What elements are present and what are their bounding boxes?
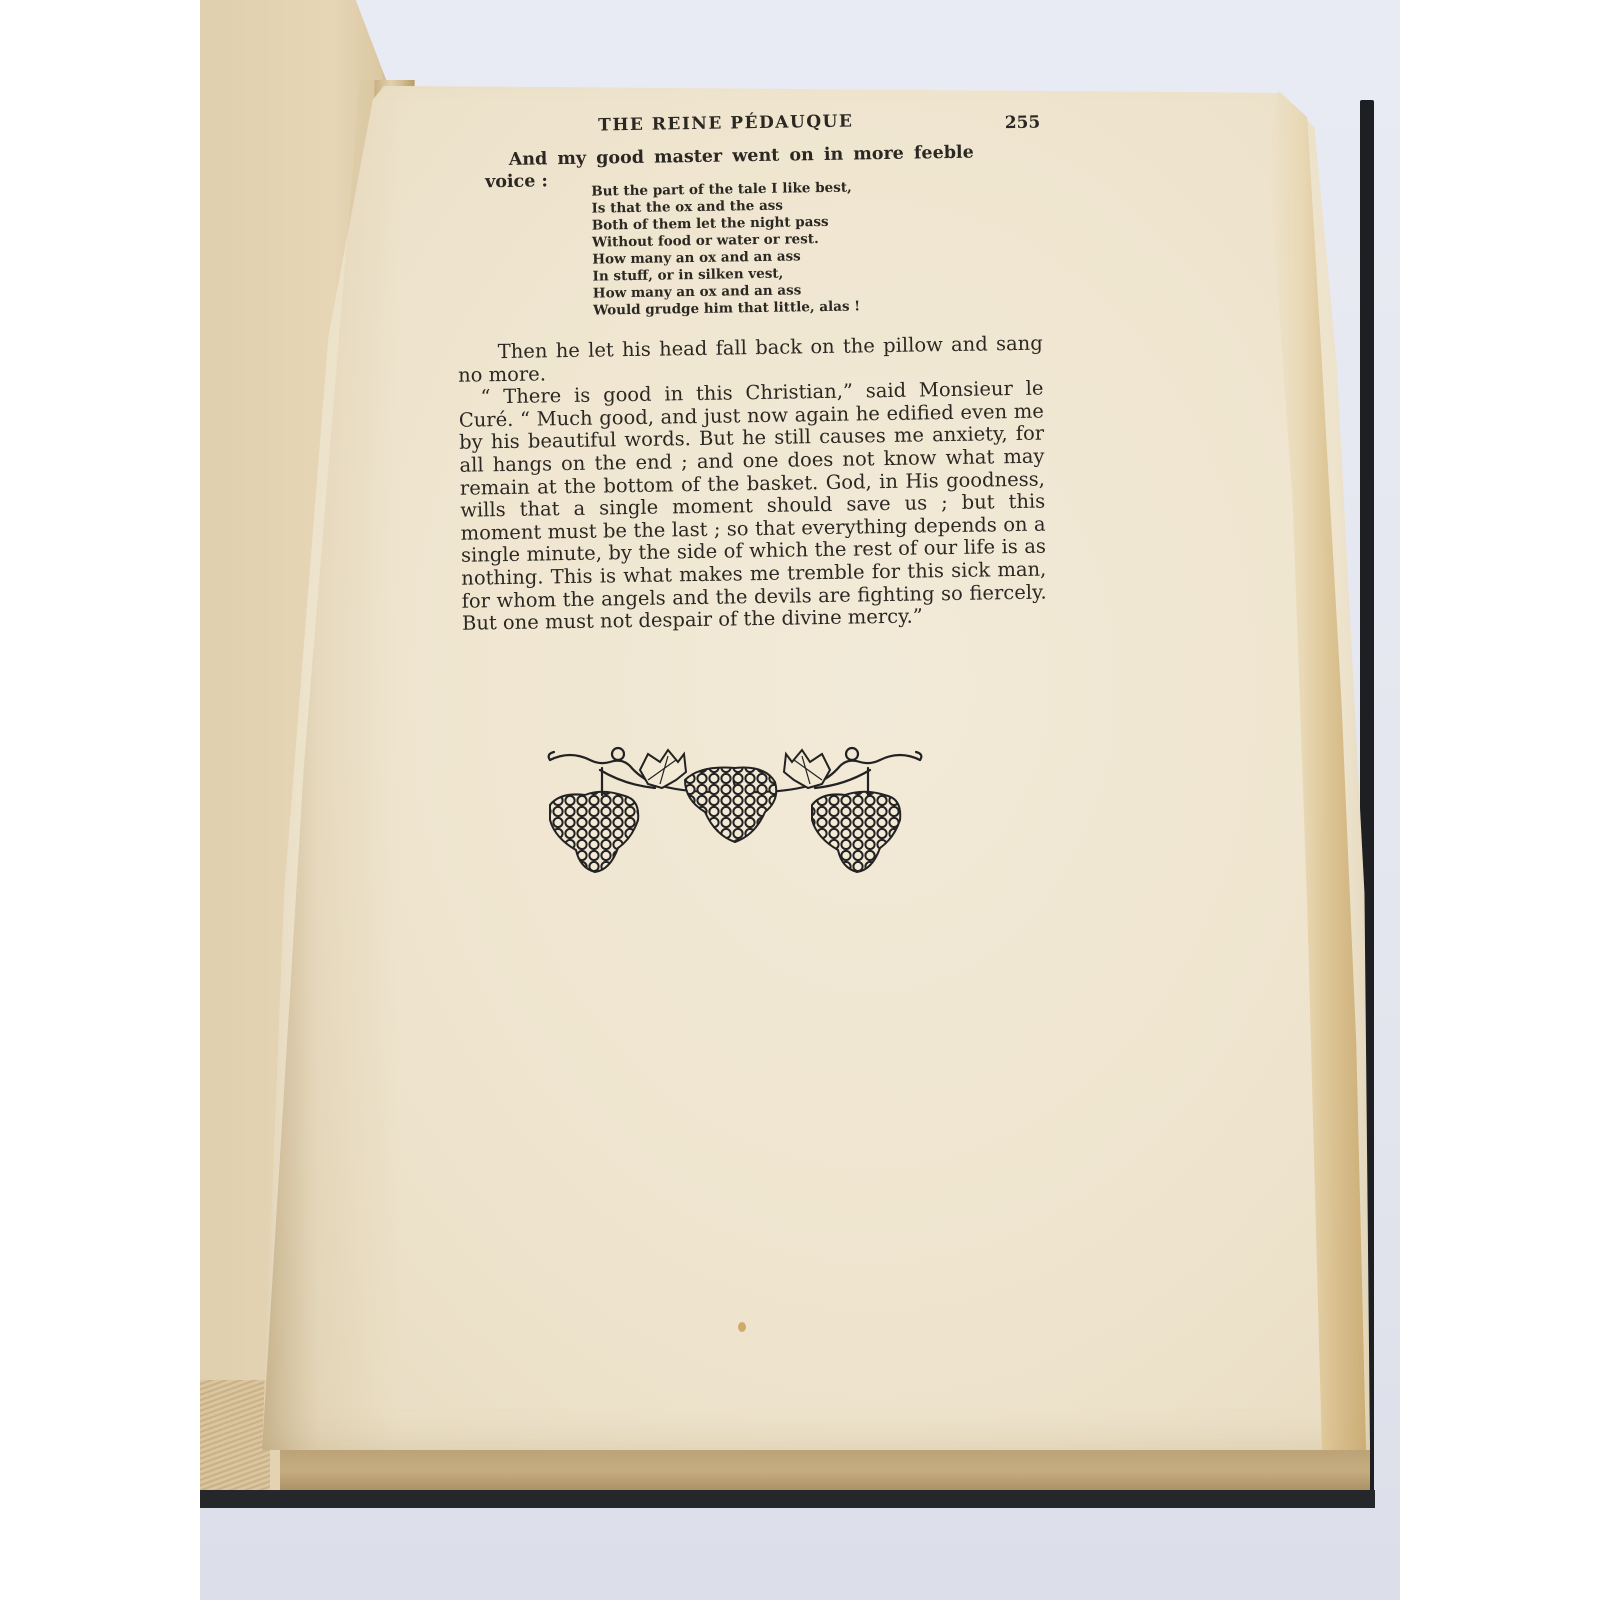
grape-vine-tailpiece-icon (540, 740, 930, 880)
running-head-title: THE REINE PÉDAUQUE (598, 112, 853, 136)
paper-stain (738, 1322, 746, 1332)
left-page-edges (200, 1380, 270, 1490)
book-cover-bottom-edge (200, 1490, 1375, 1508)
paragraph: “ There is good in this Christian,” said… (458, 378, 1047, 636)
page-number: 255 (1005, 113, 1041, 134)
verse-block: But the part of the tale I like best, Is… (441, 176, 1063, 322)
prose-block: Then he let his head fall back on the pi… (444, 333, 1048, 636)
page-text-block: THE REINE PÉDAUQUE 255 And my good maste… (440, 102, 1068, 635)
